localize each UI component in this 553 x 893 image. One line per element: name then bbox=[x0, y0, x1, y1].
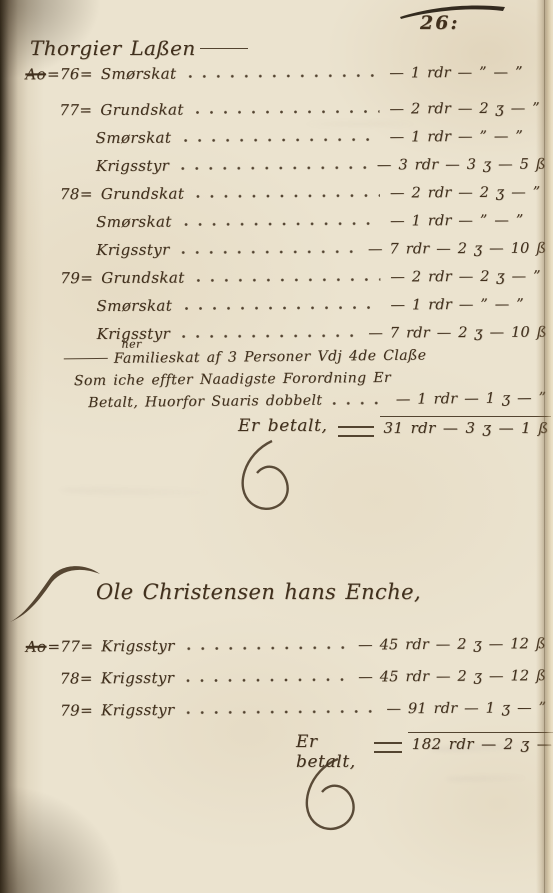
row-amount: — 7 rdr — 2 ʒ — 10 ß bbox=[368, 322, 546, 345]
ledger-row: 78= Krigsstyr — 45 rdr — 2 ʒ — 12 ß bbox=[26, 664, 546, 690]
heading-swash-icon bbox=[8, 562, 104, 628]
bleedthrough-smudge bbox=[60, 487, 210, 497]
ledger-row: Smørskat — 1 rdr — ” — ” bbox=[26, 293, 546, 318]
row-tax-label: Krigsstyr bbox=[96, 155, 170, 177]
row-tax-label: Krigsstyr bbox=[101, 699, 175, 722]
ledger-row: 79= Krigsstyr — 91 rdr — 1 ʒ — ” bbox=[26, 696, 546, 722]
ledger-row: Smørskat — 1 rdr — ” — ” bbox=[26, 209, 546, 234]
leader-dots bbox=[187, 709, 377, 714]
row-year: =77= bbox=[47, 635, 93, 657]
double-equals-stroke bbox=[338, 426, 374, 437]
ledger-row: 77= Grundskat — 2 rdr — 2 ʒ — ” bbox=[25, 97, 545, 122]
row-tax-label: Smørskat bbox=[96, 127, 172, 149]
section-heading-1-text: Thorgier Laßen bbox=[30, 36, 196, 60]
row-amount: — 1 rdr — ” — ” bbox=[390, 126, 546, 149]
leader-dots bbox=[186, 678, 348, 683]
leader-dots bbox=[184, 306, 380, 311]
leader-dots bbox=[196, 110, 380, 115]
bleedthrough-smudge bbox=[300, 120, 420, 128]
row-tax-label: Grundskat bbox=[100, 99, 184, 121]
row-amount: — 2 rdr — 2 ʒ — ” bbox=[390, 266, 546, 289]
row-tax-label: Krigsstyr bbox=[101, 635, 175, 658]
interlined-word: her bbox=[122, 338, 142, 351]
row-year: 79= bbox=[60, 267, 93, 289]
total-label: Er betalt, bbox=[238, 416, 328, 436]
ledger-row: Krigsstyr — 7 rdr — 2 ʒ — 10 ß bbox=[26, 237, 546, 262]
row-amount: — 1 rdr — ” — ” bbox=[389, 62, 545, 85]
row-tax-label: Grundskat bbox=[101, 183, 185, 205]
anno-abbreviation: Ao bbox=[26, 636, 47, 658]
leader-dots bbox=[181, 166, 367, 171]
note-line-text: Som iche effter Naadigste Forordning Er bbox=[74, 370, 391, 389]
row-year: 78= bbox=[60, 183, 93, 205]
leader-dots bbox=[182, 334, 358, 339]
section-1-rows: Ao =76= Smørskat — 1 rdr — ” — ” 77= Gru… bbox=[25, 61, 547, 352]
familieskat-note: her Familieskat af 3 Personer Vdj 4de Cl… bbox=[26, 343, 547, 414]
row-amount: — 91 rdr — 1 ʒ — ” bbox=[386, 697, 546, 720]
section-2-rows: Ao =77= Krigsstyr — 45 rdr — 2 ʒ — 12 ß … bbox=[26, 632, 547, 728]
row-amount: — 2 rdr — 2 ʒ — ” bbox=[390, 182, 546, 205]
leader-dots bbox=[332, 401, 388, 406]
ledger-row: Krigsstyr — 7 rdr — 2 ʒ — 10 ß bbox=[27, 321, 547, 346]
row-tax-label: Smørskat bbox=[96, 295, 172, 317]
section-1-total: Er betalt, 31 rdr — 3 ʒ — 1 ß bbox=[238, 416, 551, 437]
book-page-edge bbox=[536, 0, 553, 893]
leader-dots bbox=[197, 278, 381, 283]
manuscript-page: 26: Thorgier Laßen Ao =76= Smørskat — 1 … bbox=[0, 0, 553, 893]
anno-abbreviation: Ao bbox=[25, 63, 46, 85]
ledger-row: Ao =77= Krigsstyr — 45 rdr — 2 ʒ — 12 ß bbox=[26, 632, 546, 658]
note-row: Betalt, Huorfor Suaris dobbelt — 1 rdr —… bbox=[26, 387, 546, 414]
section-heading-2-text: Ole Christensen hans Enche, bbox=[96, 580, 421, 604]
leader-dots bbox=[184, 222, 380, 227]
row-tax-label: Smørskat bbox=[96, 211, 172, 233]
total-label: Er betalt, bbox=[296, 732, 364, 772]
row-tax-label: Krigsstyr bbox=[101, 667, 175, 690]
note-line-text: Betalt, Huorfor Suaris dobbelt bbox=[88, 390, 322, 414]
total-amount: 31 rdr — 3 ʒ — 1 ß bbox=[380, 416, 551, 437]
row-amount: — 45 rdr — 2 ʒ — 12 ß bbox=[358, 633, 546, 656]
note-line-text: Familieskat af 3 Personer Vdj 4de Claße bbox=[114, 348, 427, 367]
leader-dots bbox=[183, 138, 379, 143]
leader-dots bbox=[196, 194, 380, 199]
row-amount: — 1 rdr — 1 ʒ — ” bbox=[396, 387, 547, 411]
row-amount: — 3 rdr — 3 ʒ — 5 ß bbox=[377, 154, 546, 177]
row-amount: — 2 rdr — 2 ʒ — ” bbox=[389, 98, 545, 121]
row-tax-label: Smørskat bbox=[101, 63, 177, 85]
ink-loop-flourish-icon bbox=[232, 438, 304, 514]
row-amount: — 1 rdr — ” — ” bbox=[390, 210, 546, 233]
section-2-total: Er betalt, 182 rdr — 2 ʒ — ” bbox=[296, 732, 553, 772]
row-year: 79= bbox=[60, 699, 93, 721]
row-amount: — 7 rdr — 2 ʒ — 10 ß bbox=[368, 238, 546, 261]
lead-dash-stroke bbox=[64, 358, 108, 359]
row-amount: — 1 rdr — ” — ” bbox=[390, 294, 546, 317]
row-year: =76= bbox=[47, 63, 93, 85]
ledger-row: 78= Grundskat — 2 rdr — 2 ʒ — ” bbox=[26, 181, 546, 206]
row-year: 78= bbox=[60, 667, 93, 689]
row-tax-label: Krigsstyr bbox=[96, 239, 170, 261]
ledger-row: Krigsstyr — 3 rdr — 3 ʒ — 5 ß bbox=[26, 153, 546, 178]
row-amount: — 45 rdr — 2 ʒ — 12 ß bbox=[358, 665, 546, 688]
section-heading-1: Thorgier Laßen bbox=[30, 36, 248, 60]
leader-dots bbox=[182, 250, 358, 255]
section-heading-2: Ole Christensen hans Enche, bbox=[96, 580, 421, 604]
row-tax-label: Grundskat bbox=[101, 267, 185, 289]
heading-underline-stroke bbox=[200, 48, 248, 49]
leader-dots bbox=[187, 646, 348, 651]
leader-dots bbox=[188, 74, 379, 79]
ledger-row: Ao =76= Smørskat — 1 rdr — ” — ” bbox=[25, 61, 545, 86]
double-equals-stroke bbox=[374, 742, 401, 753]
page-number: 26: bbox=[420, 12, 459, 34]
bleedthrough-smudge bbox=[446, 775, 526, 781]
ledger-row: 79= Grundskat — 2 rdr — 2 ʒ — ” bbox=[26, 265, 546, 290]
row-year: 77= bbox=[59, 99, 92, 121]
ledger-row: Smørskat — 1 rdr — ” — ” bbox=[26, 125, 546, 150]
